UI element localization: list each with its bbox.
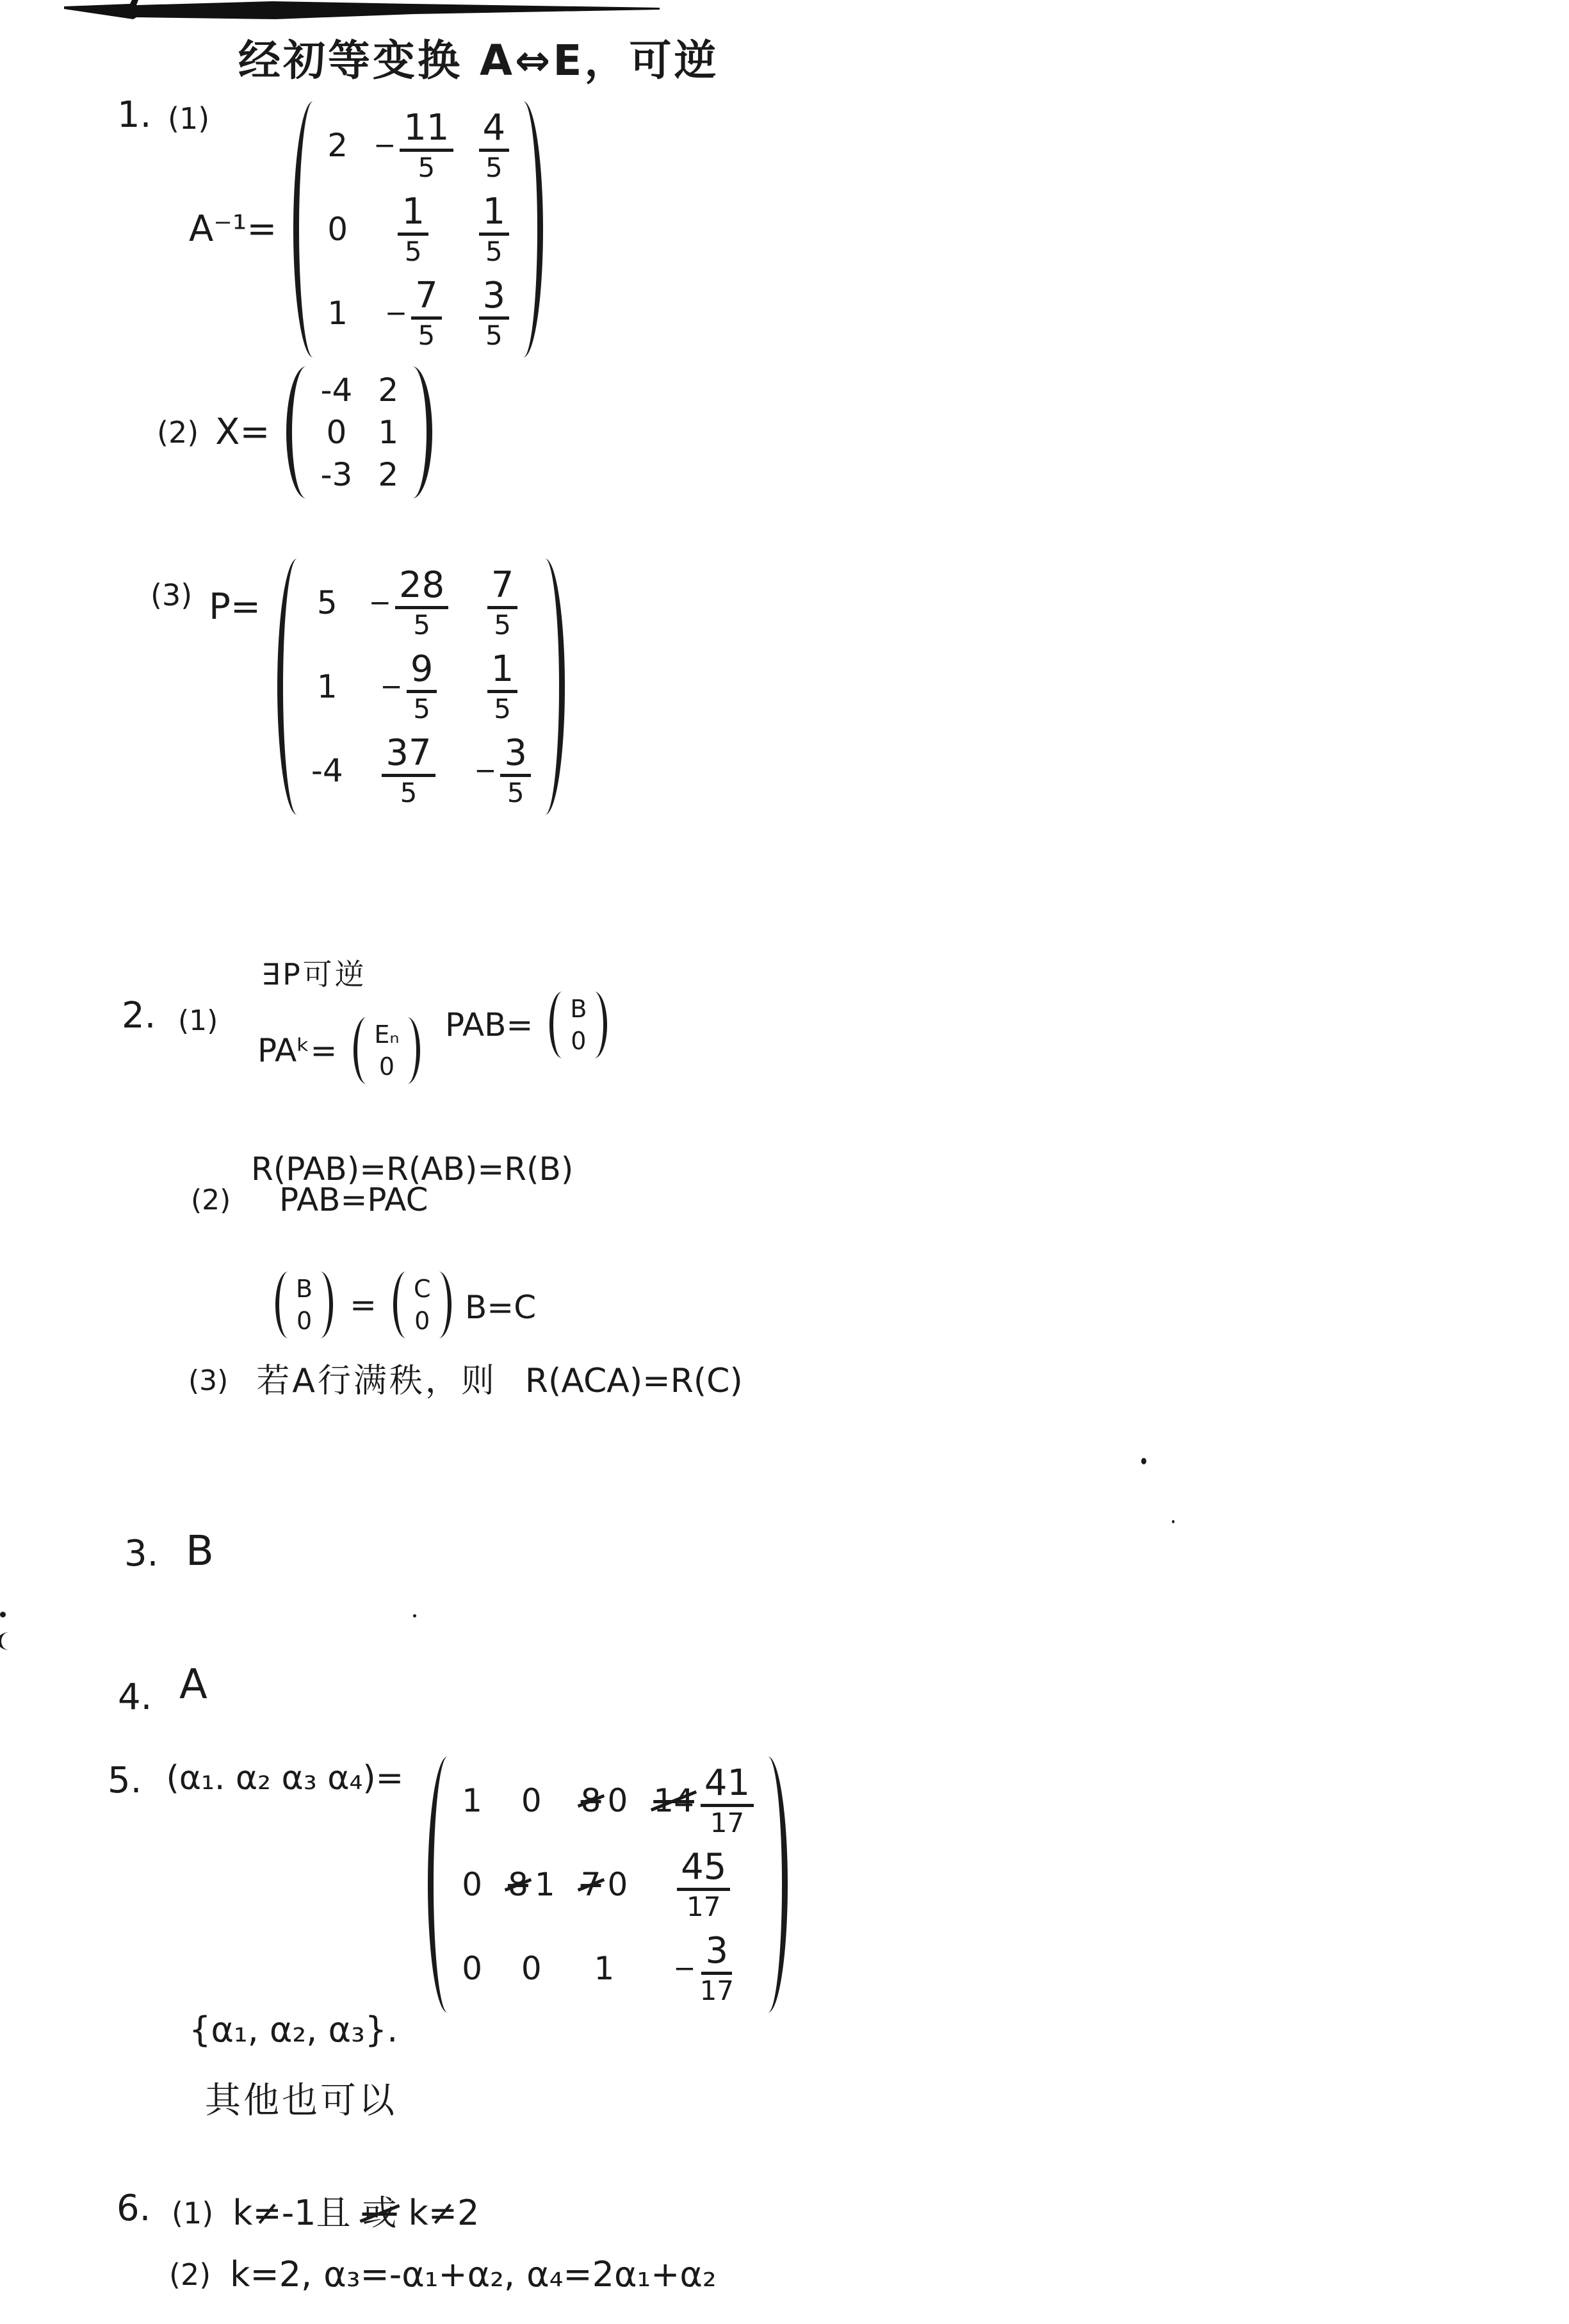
math-token: −75 [385,277,442,350]
matrix-entries: B0 [288,1272,320,1338]
x-matrix-lhs: X= [215,414,270,450]
problem-6-part1-label: (1) [172,2198,213,2228]
matrix-cell: −75 [385,277,442,350]
matrix-cell: 0 [414,1309,430,1333]
math-token: 15 [479,193,510,266]
math-token: 0 [326,416,346,448]
math-token: 0 [462,1869,482,1901]
problem-6-number: 6. [117,2191,150,2227]
pab-block-equation: PAB= B0 [445,992,607,1058]
problem-5-equation: 5. (α₁. α₂ α₃ α₄)= 108014411708170451700… [108,1756,788,2013]
problem-2-part3-line: (3) 若A行满秩，则 R(ACA)=R(C) [188,1364,743,1398]
problem-2-number: 2. [122,998,156,1034]
matrix-cell: 35 [479,277,510,350]
minus-sign: − [380,673,403,700]
en-zero-block-vector: Eₙ0 [354,1017,419,1084]
problem-2-part3-label: (3) [188,1367,228,1395]
matrix-paren-left [277,559,297,815]
a-inverse-matrix: 2−11545015151−7535 [293,101,543,357]
fraction-numerator: 3 [479,277,510,320]
matrix-cell: 80 [581,1785,628,1817]
math-token: 0 [607,1869,628,1901]
matrix-cell: −317 [673,1932,734,2006]
fraction-denominator: 5 [400,777,418,807]
problem-1-part2-label: (2) [157,418,199,447]
math-token: k≠-1且 [232,2196,350,2230]
fraction: 95 [407,650,437,724]
others-also-ok-note: 其他也可以 [205,2083,397,2119]
fraction: 35 [500,734,531,808]
fraction-numerator: 3 [701,1932,732,1975]
minus-sign: − [673,1955,695,1982]
matrix-cell: 5 [317,587,337,619]
math-token: Eₙ [374,1022,399,1047]
alpha-rref-matrix: 1080144117081704517001−317 [428,1756,788,2013]
matrix-cell: 1 [378,416,398,448]
struck-correction: 8 [508,1869,528,1901]
matrix-paren-left [354,1017,366,1084]
matrix-cell: 1 [462,1785,482,1817]
math-token: 75 [487,566,518,640]
fraction-numerator: 11 [400,109,453,152]
math-token: −95 [380,650,437,724]
matrix-paren-right [407,1017,420,1084]
fraction: 115 [400,109,453,183]
fraction-denominator: 5 [494,609,511,639]
math-token: −285 [369,566,448,640]
matrix-entries: C0 [406,1272,439,1338]
scan-artifact [1172,1520,1175,1523]
struck-correction: 8 [581,1785,601,1817]
struck-correction: 14 [653,1785,694,1817]
math-token: 35 [479,277,510,350]
math-token: 375 [382,734,435,808]
scan-artifact [0,1632,9,1650]
matrix-cell: 1 [327,297,348,329]
fraction: 317 [700,1932,734,2006]
math-token: 0 [297,1309,312,1333]
math-token: 1 [317,671,337,703]
math-token: 0 [607,1785,628,1817]
problem-4-answer: A [179,1664,207,1705]
fraction: 375 [382,734,435,808]
matrix-entries: -4201-32 [306,366,412,498]
fraction-numerator: 9 [407,650,437,693]
b-zero-block-vector: B0 [549,992,607,1058]
fraction-numerator: 1 [398,193,428,236]
fraction-numerator: 4 [479,109,510,152]
alpha-vector-lhs: (α₁. α₂ α₃ α₄)= [166,1762,403,1795]
fraction-numerator: 37 [382,734,435,777]
matrix-cell: 81 [508,1869,555,1901]
matrix-cell: −95 [380,650,437,724]
math-token: 1 [594,1952,615,1984]
fraction-denominator: 5 [485,236,503,266]
problem-6-part2-line: (2) k=2,α₃=-α₁+α₂,α₄=2α₁+α₂ [169,2257,728,2292]
math-token: 1 [378,416,398,448]
fraction-numerator: 45 [677,1848,730,1891]
math-token: -3 [320,459,352,491]
math-token: B [570,997,587,1021]
pa-block-equation: PAᵏ= Eₙ0 [257,1017,420,1084]
fraction: 35 [479,277,510,350]
matrix-paren-left [293,101,313,357]
pa-lhs: PAᵏ= [257,1035,337,1067]
fraction-denominator: 5 [413,693,430,723]
problem-1-part3-label: (3) [150,580,192,610]
k-equals-2-relations: k=2,α₃=-α₁+α₂,α₄=2α₁+α₂ [230,2257,728,2292]
fraction-numerator: 3 [500,734,531,777]
matrix-paren-right [594,992,607,1058]
math-token: −317 [673,1932,734,2006]
fraction-numerator: 1 [487,650,518,693]
fraction-denominator: 17 [700,1975,734,2005]
math-token: 0 [462,1952,482,1984]
fraction-denominator: 5 [485,152,503,182]
fraction: 4117 [701,1764,754,1838]
math-token: 2 [378,459,398,491]
matrix-paren-left [428,1756,448,2013]
fraction: 15 [487,650,518,724]
math-token: 5 [317,587,337,619]
fraction: 285 [395,566,448,640]
fraction-denominator: 5 [405,236,422,266]
x-matrix: -4201-32 [286,366,432,498]
matrix-cell: 0 [326,416,346,448]
matrix-cell: 0 [521,1952,542,1984]
matrix-cell: 15 [398,193,428,266]
fraction: 75 [411,277,442,350]
math-token: 0 [521,1785,542,1817]
matrix-cell: 4517 [677,1848,730,1922]
matrix-cell: -3 [320,459,352,491]
matrix-cell: 144117 [653,1764,754,1838]
problem-6-part1-line: (1) k≠-1且或k≠2 [172,2196,491,2230]
math-token: α₄=2α₁+α₂ [526,2257,717,2292]
matrix-paren-right [320,1272,333,1338]
math-token: −35 [474,734,531,808]
full-row-rank-condition: 若A行满秩，则 [256,1364,497,1398]
page-header-note: 经初等变换 A⇔E，可逆 [238,40,719,82]
fraction-denominator: 5 [507,777,524,807]
fraction: 45 [479,109,510,183]
math-token: 0 [379,1054,394,1079]
fraction: 15 [479,193,510,266]
equals-sign: = [350,1289,377,1321]
fraction-numerator: 28 [395,566,448,609]
matrix-cell: 1 [317,671,337,703]
math-token: 15 [398,193,428,266]
matrix-cell: 375 [382,734,435,808]
matrix-entries: 5−285751−9515-4375−35 [297,559,545,815]
matrix-paren-left [549,992,562,1058]
matrix-cell: B [570,997,587,1021]
matrix-paren-left [393,1272,406,1338]
scan-artifact [0,1612,6,1617]
fraction: 75 [487,566,518,640]
matrix-cell: 0 [379,1054,394,1079]
scan-artifact [413,1614,416,1617]
problem-6-part2-label: (2) [169,2260,211,2289]
p-matrix: 5−285751−9515-4375−35 [277,559,565,815]
math-token: −115 [373,109,453,183]
matrix-cell: 70 [581,1869,628,1901]
matrix-paren-right [545,559,565,815]
matrix-cell: 0 [462,1952,482,1984]
problem-2-part2-label: (2) [191,1186,231,1215]
minus-sign: − [369,589,391,616]
math-token: 2 [378,374,398,406]
matrix-cell: 2 [378,374,398,406]
matrix-paren-right [439,1272,451,1338]
matrix-paren-right [412,366,432,498]
problem-3-number: 3. [124,1536,158,1572]
math-token: 1 [462,1785,482,1817]
problem-2-part1-label: (1) [178,1007,218,1035]
fraction-denominator: 5 [485,320,503,350]
scanned-notebook-page: 经初等变换 A⇔E，可逆 1. (1) A⁻¹= 2−11545015151−7… [0,0,1569,2324]
minus-sign: − [474,757,496,784]
math-token: 0 [414,1309,430,1333]
a-inverse-lhs: A⁻¹= [189,211,277,247]
matrix-cell: −115 [373,109,453,183]
problem-1-part2-equation: (2) X= -4201-32 [157,366,432,498]
problem-4-number: 4. [118,1680,152,1715]
fraction-denominator: 5 [418,320,435,350]
math-token: 4517 [677,1848,730,1922]
math-token: 0 [521,1952,542,1984]
matrix-paren-left [275,1272,288,1338]
fraction-denominator: 17 [687,1891,720,1921]
math-token: α₃=-α₁+α₂, [323,2257,515,2292]
math-token: 45 [479,109,510,183]
matrix-cell: 75 [487,566,518,640]
matrix-cell: 1 [594,1952,615,1984]
matrix-cell: -4 [311,755,343,787]
fraction-denominator: 5 [494,693,511,723]
math-token: 2 [327,129,348,161]
matrix-cell: Eₙ [374,1022,399,1047]
problem-5-number: 5. [108,1763,142,1799]
matrix-cell: 0 [297,1309,312,1333]
matrix-cell: 0 [327,213,348,245]
scan-artifact [1141,1458,1146,1464]
matrix-cell: −285 [369,566,448,640]
matrix-cell: −35 [474,734,531,808]
b-equals-c-conclusion: B=C [465,1291,536,1323]
fraction-denominator: 5 [418,152,435,182]
math-token: k≠2 [409,2196,480,2230]
b-zero-block-vector: B0 [275,1272,333,1338]
matrix-paren-right [768,1756,788,2013]
p-matrix-lhs: P= [209,589,261,625]
math-token: C [414,1277,431,1301]
matrix-cell: C [414,1277,431,1301]
matrix-cell: 15 [487,650,518,724]
math-token: 0 [327,213,348,245]
c-zero-block-vector: C0 [393,1272,451,1338]
matrix-paren-right [523,101,543,357]
math-token: 15 [487,650,518,724]
matrix-entries: Eₙ0 [366,1017,407,1084]
fraction-numerator: 41 [701,1764,754,1807]
fraction: 15 [398,193,428,266]
matrix-cell: 15 [479,193,510,266]
math-token: 0 [571,1029,586,1053]
math-token: 4117 [701,1764,754,1838]
problem-1-number: 1. [117,97,151,133]
math-token: -4 [311,755,343,787]
k-condition-text: k≠-1且或k≠2 [232,2196,491,2230]
math-token: -4 [320,374,352,406]
matrix-entries: 2−11545015151−7535 [313,101,523,357]
matrix-entries: 1080144117081704517001−317 [448,1756,768,2013]
rank-equality-line: R(PAB)=R(AB)=R(B) [251,1153,573,1185]
math-token: 1 [327,297,348,329]
pab-pac-line: PAB=PAC [279,1184,428,1216]
minus-sign: − [373,132,396,159]
matrix-entries: B0 [562,992,594,1058]
matrix-cell: 45 [479,109,510,183]
fraction-numerator: 1 [479,193,510,236]
fraction: 4517 [677,1848,730,1922]
pab-lhs: PAB= [445,1009,533,1041]
matrix-cell: 2 [327,129,348,161]
exists-p-invertible-note: ∃P可逆 [261,960,367,989]
matrix-paren-left [286,366,306,498]
matrix-cell: 0 [571,1029,586,1053]
fraction-denominator: 17 [710,1807,744,1837]
problem-1-part1-equation: A⁻¹= 2−11545015151−7535 [189,101,543,357]
scan-artifact [54,0,695,26]
matrix-cell: -4 [320,374,352,406]
matrix-cell: 0 [462,1869,482,1901]
math-token: B [296,1277,313,1301]
fraction-numerator: 7 [487,566,518,609]
minus-sign: − [385,300,407,327]
struck-correction: 7 [581,1869,601,1901]
problem-1-part3-equation: (3) P= 5−285751−9515-4375−35 [150,559,565,815]
fraction-denominator: 5 [413,609,430,639]
matrix-cell: B [296,1277,313,1301]
fraction-numerator: 7 [411,277,442,320]
math-token: k=2, [230,2257,312,2292]
problem-3-answer: B [186,1531,214,1572]
math-token: 1 [535,1869,555,1901]
matrix-cell: 0 [521,1785,542,1817]
block-vector-equality: B0 = C0 [275,1272,451,1338]
rank-aca-formula: R(ACA)=R(C) [525,1364,743,1398]
matrix-cell: 2 [378,459,398,491]
struck-correction: 或 [362,2196,397,2230]
maximal-independent-set: {α₁, α₂, α₃}. [189,2013,398,2047]
